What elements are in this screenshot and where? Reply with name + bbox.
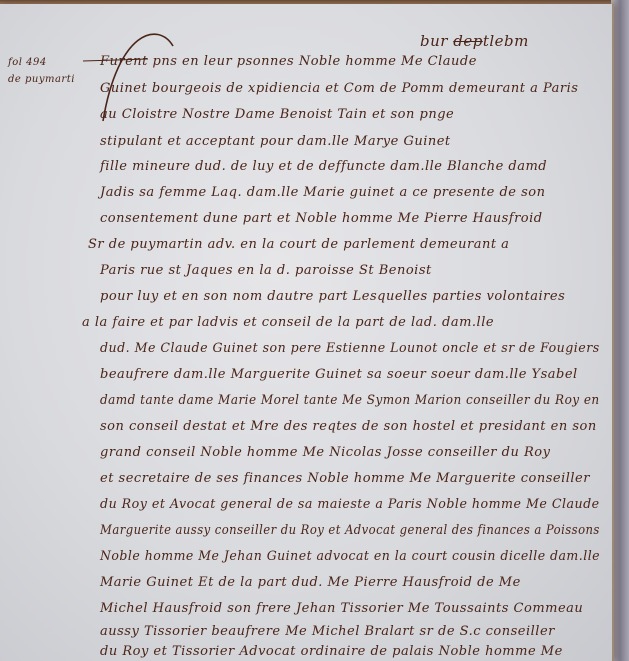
text-line: Paris rue st Jaques en la d. paroisse St… bbox=[100, 263, 432, 278]
text-line: et secretaire de ses finances Noble homm… bbox=[100, 471, 590, 486]
text-line: du Roy et Avocat general de sa maieste a… bbox=[100, 497, 600, 512]
manuscript-page: bur deptlebm fol 494 de puymarti Furent … bbox=[0, 4, 614, 661]
text-line: Marguerite aussy conseiller du Roy et Ad… bbox=[100, 523, 600, 538]
text-line: pour luy et en son nom dautre part Lesqu… bbox=[100, 289, 565, 304]
text-line: Furent pns en leur psonnes Noble homme M… bbox=[100, 54, 477, 69]
text-line: au Cloistre Nostre Dame Benoist Tain et … bbox=[100, 107, 454, 122]
text-line: Noble homme Me Jehan Guinet advocat en l… bbox=[100, 549, 600, 564]
text-line: Guinet bourgeois de xpidiencia et Com de… bbox=[100, 81, 578, 96]
header-note-prefix: bur bbox=[420, 32, 448, 50]
text-line: fille mineure dud. de luy et de deffunct… bbox=[100, 159, 547, 174]
text-line: aussy Tissorier beaufrere Me Michel Bral… bbox=[100, 624, 555, 639]
text-line: stipulant et acceptant pour dam.lle Mary… bbox=[100, 134, 451, 149]
text-line: consentement dune part et Noble homme Me… bbox=[100, 211, 543, 226]
text-line: Sr de puymartin adv. en la court de parl… bbox=[88, 237, 509, 252]
text-line: Michel Hausfroid son frere Jehan Tissori… bbox=[100, 601, 583, 616]
text-line: beaufrere dam.lle Marguerite Guinet sa s… bbox=[100, 367, 578, 382]
text-line: Marie Guinet Et de la part dud. Me Pierr… bbox=[100, 575, 521, 590]
text-line: a la faire et par ladvis et conseil de l… bbox=[82, 315, 494, 330]
text-line: Jadis sa femme Laq. dam.lle Marie guinet… bbox=[100, 185, 545, 200]
text-line: son conseil destat et Mre des reqtes de … bbox=[100, 419, 597, 434]
margin-note-folio: fol 494 bbox=[8, 57, 47, 68]
text-line: grand conseil Noble homme Me Nicolas Jos… bbox=[100, 445, 550, 460]
header-note-suffix: tlebm bbox=[483, 32, 529, 50]
text-line: damd tante dame Marie Morel tante Me Sym… bbox=[100, 393, 600, 408]
text-line: du Roy et Tissorier Advocat ordinaire de… bbox=[100, 644, 563, 659]
text-line: dud. Me Claude Guinet son pere Estienne … bbox=[100, 341, 600, 356]
header-note: bur deptlebm bbox=[420, 32, 529, 50]
margin-note-name: de puymarti bbox=[8, 74, 75, 85]
header-note-struck: dep bbox=[453, 32, 483, 50]
